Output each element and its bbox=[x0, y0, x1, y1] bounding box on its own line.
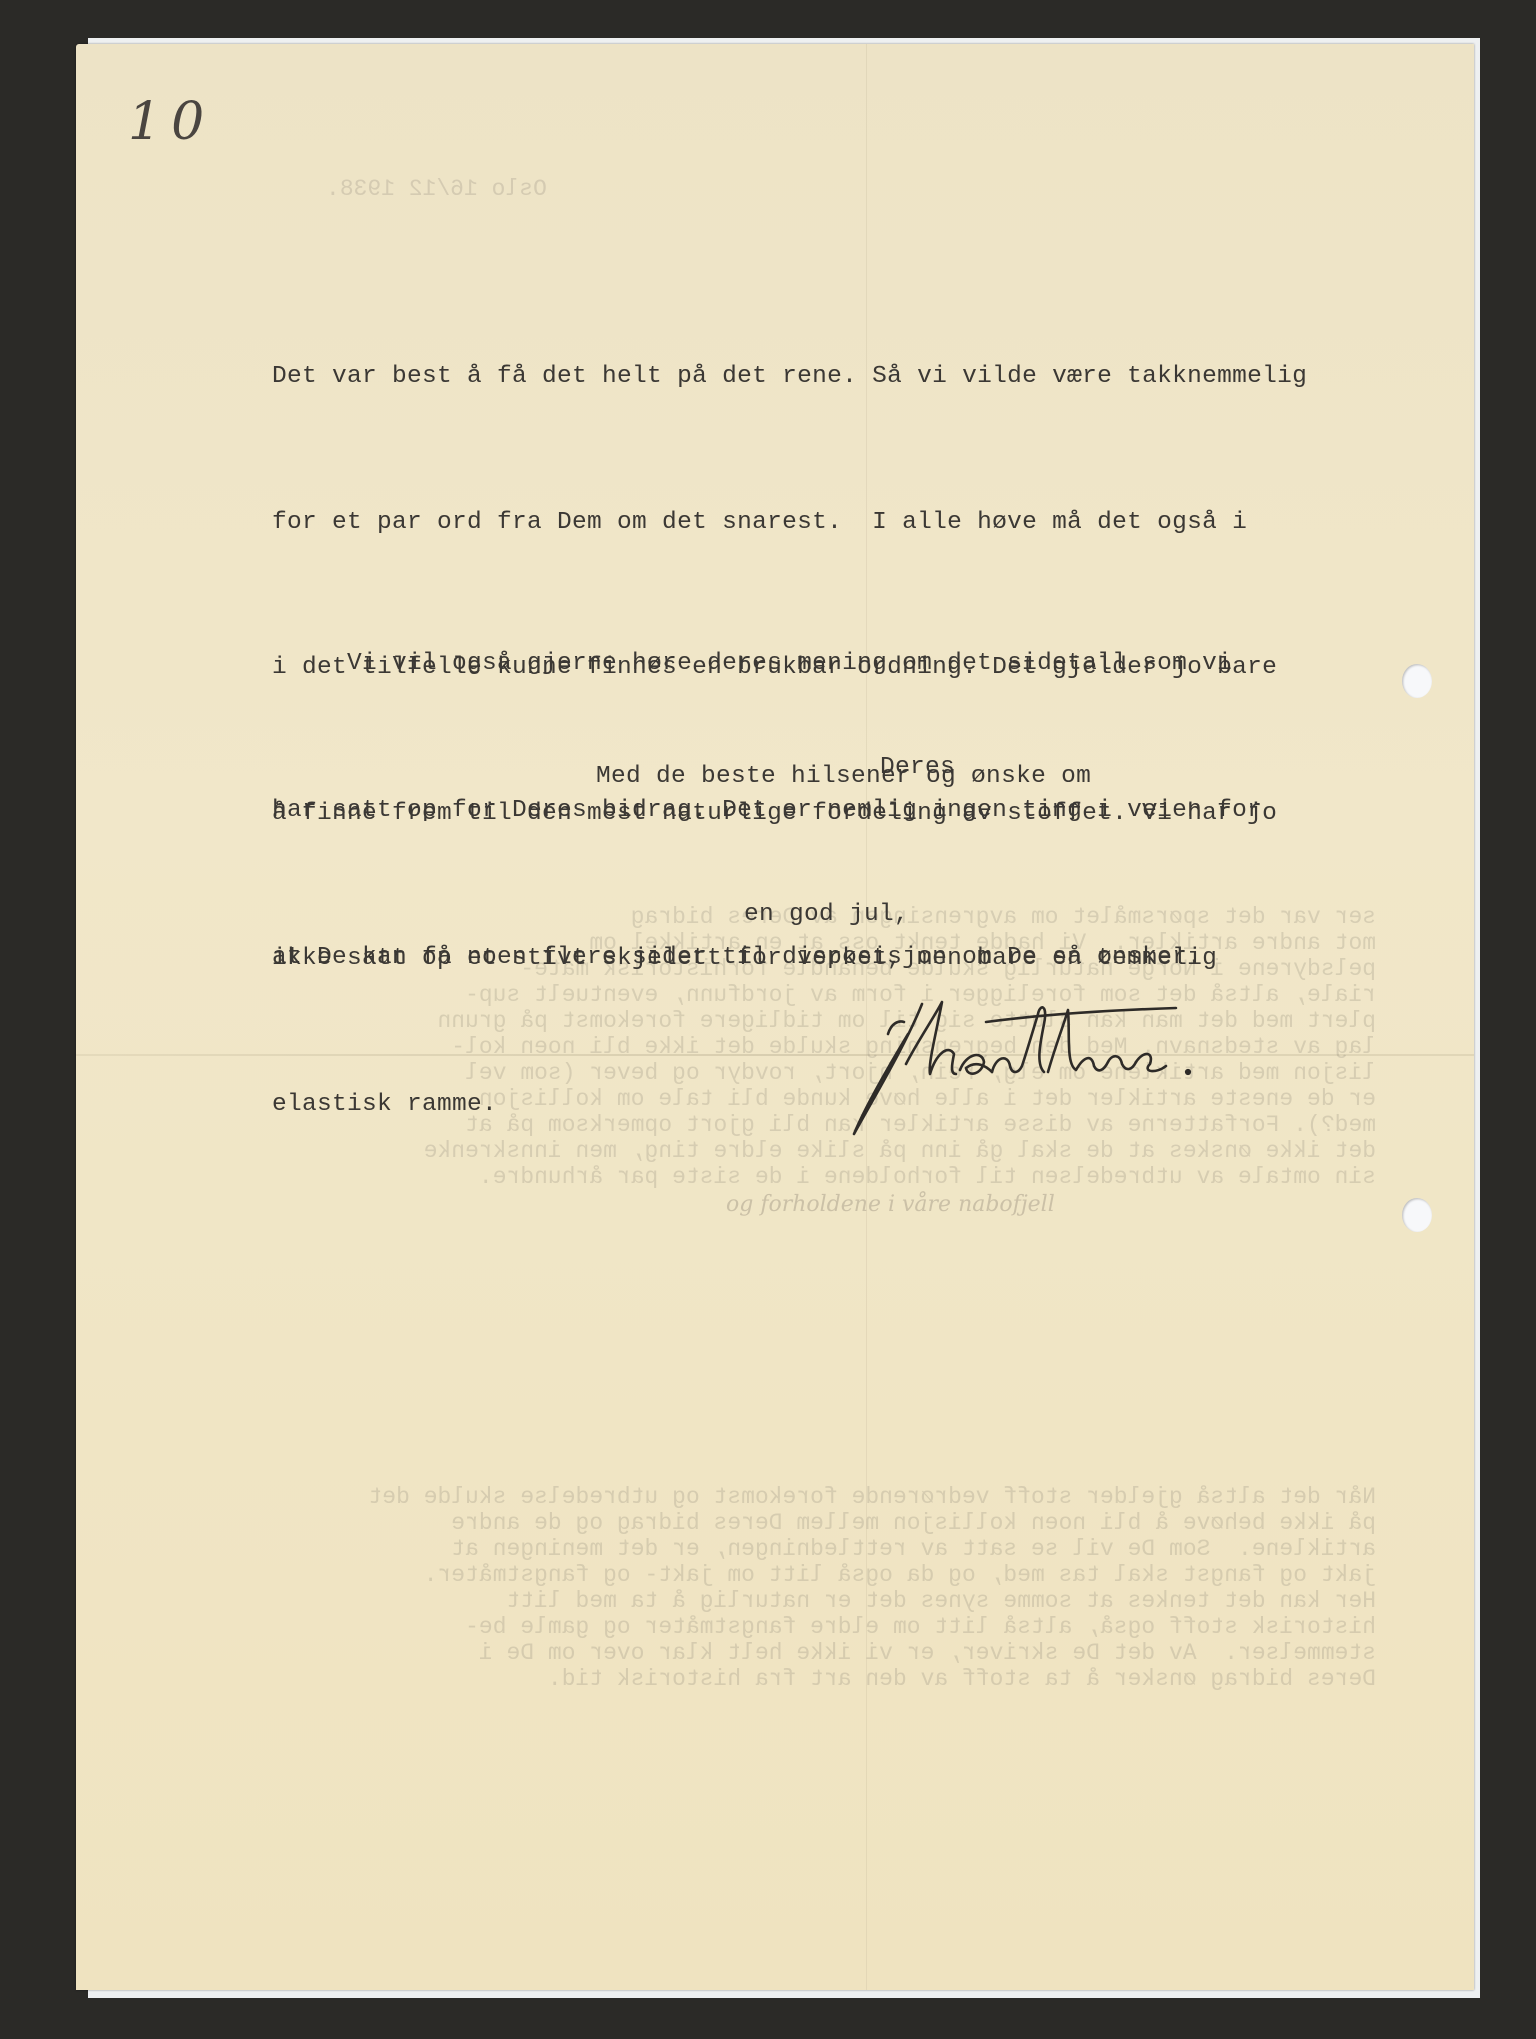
showthrough-date-line: Oslo 16/12 1938. bbox=[326, 176, 547, 202]
salutation: Deres bbox=[880, 754, 955, 781]
punch-hole-top bbox=[1402, 664, 1432, 698]
showthrough-text-block-lower: Når det altså gjelder stoff vedrørende f… bbox=[176, 1484, 1376, 1692]
letter-page: 10 Oslo 16/12 1938. ser var det spørsmål… bbox=[76, 44, 1474, 1990]
punch-hole-bottom bbox=[1402, 1198, 1432, 1232]
folio-number: 10 bbox=[128, 92, 214, 152]
closing-line: en god jul, bbox=[596, 892, 1091, 938]
handwritten-signature: Johan Hvas bbox=[836, 974, 1296, 1144]
paragraph-1-line: Det var best å få det helt på det rene. … bbox=[272, 353, 1307, 402]
closing-line: Med de beste hilsener og ønske om bbox=[596, 754, 1091, 800]
paragraph-1-line: for et par ord fra Dem om det snarest. I… bbox=[272, 499, 1307, 548]
